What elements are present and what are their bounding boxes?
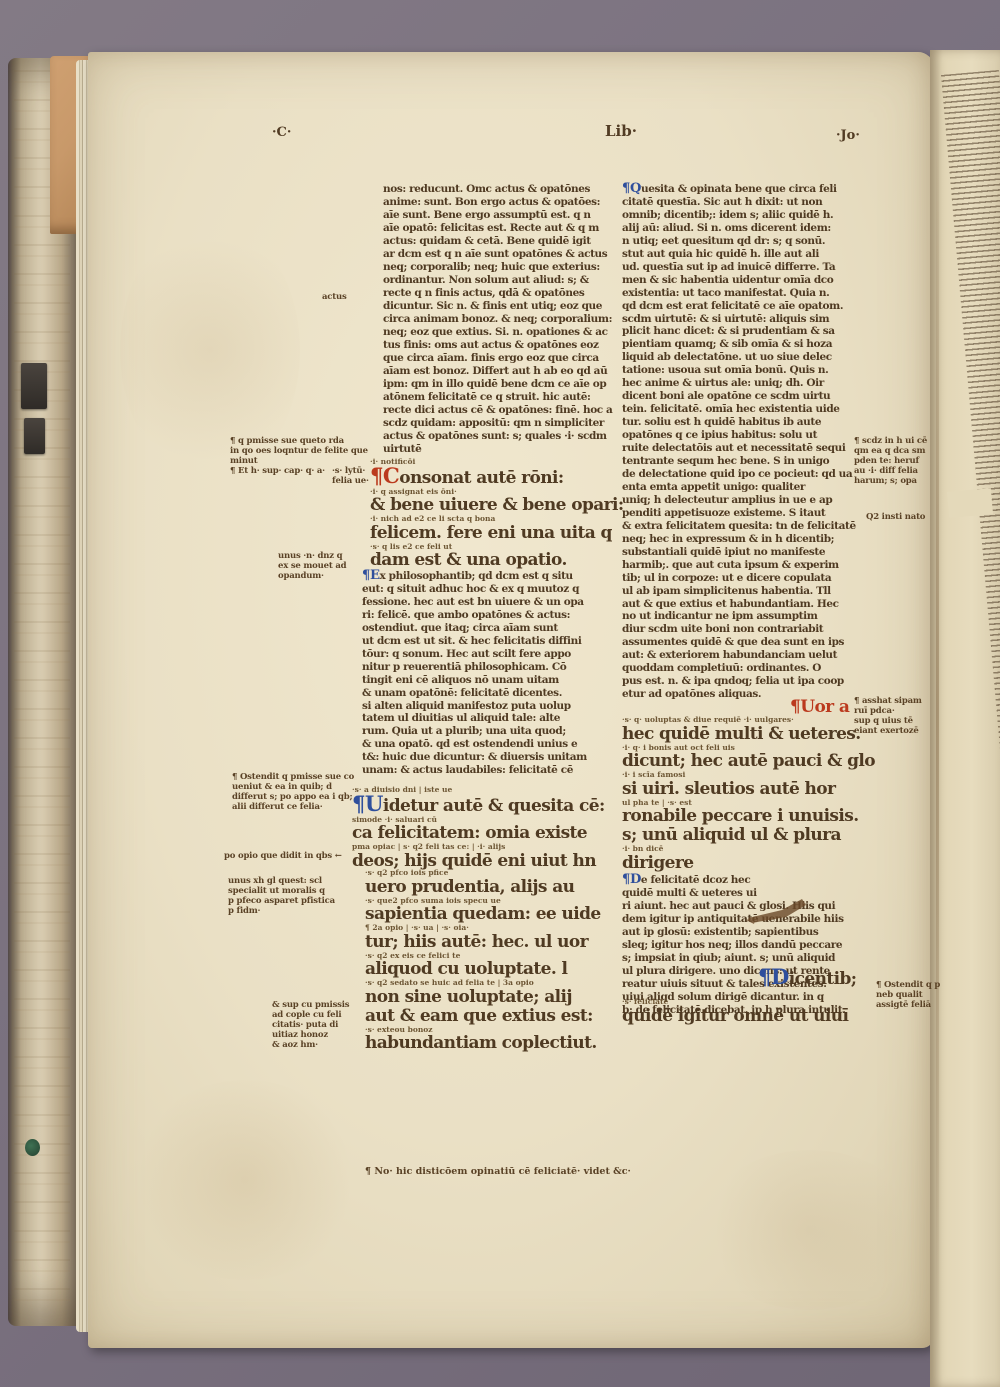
text-line: liquid ab delectatōne. ut uo siue delec — [622, 351, 884, 364]
text-line: pientiam quamq; & sib omīa & si hoza — [622, 338, 884, 351]
text-line: tingit eni cē aliquos nō unam uitam — [362, 674, 617, 687]
text-line: non sine uoluptate; alij — [365, 988, 627, 1007]
text-line: omnib; dicentib;: idem s; aliic quidē h. — [622, 209, 884, 222]
text-line: ¶Consonat autē rōni: — [370, 467, 625, 488]
text-line: ul ab ipam simplicitenus habentia. Tll — [622, 585, 884, 598]
text-line: sleq; igitur hos neq; illos dandū peccar… — [622, 939, 884, 952]
text-line: scdm uirtutē: & si uirtutē: aliquis sim — [622, 313, 884, 326]
text-line: ut dcm est ut sit. & hec felicitatis dif… — [362, 635, 617, 648]
text-line: tōur: q sonum. Hec aut scilt fere appo — [362, 648, 617, 661]
text-line: ¶Quesita & opinata bene que circa feli — [622, 183, 884, 196]
text-line: aut: & exteriorem habundanciam uelut — [622, 649, 884, 662]
text-line: rum. Quia ut a plurib; una uita quod; — [362, 725, 617, 738]
verdigris-spot — [25, 1139, 40, 1156]
text-line: substantiali quidē ipiut no manifeste — [622, 546, 884, 559]
margin-note-left-3: ¶ Ostendit q pmisse sue co ueniut & ea i… — [232, 772, 392, 812]
text-line: s; unū aliquid ul & plura — [622, 826, 884, 845]
column-b-dicentibus-label: ¶Dicentib; — [758, 968, 888, 989]
text-line: neq; hec in expressum & in h dicentib; — [622, 533, 884, 546]
margin-note-wrap: ·s· lytū· felia ue· — [332, 466, 387, 486]
text-line: ¶Dicentib; — [758, 968, 888, 989]
metal-clasp — [21, 363, 47, 409]
footer-note: ¶ No· hic disticōem opinatiū cē feliciat… — [365, 1166, 665, 1177]
text-line: fessione. hec aut est bn uiuere & un opa — [362, 596, 617, 609]
margin-note-left-6: & sup cu pmissis ad cople cu feli citati… — [272, 1000, 382, 1050]
text-line: hec quidē multi & ueteres. — [622, 725, 884, 744]
running-title: Lib· — [605, 122, 637, 140]
quill-doodle-icon — [746, 896, 808, 932]
text-line: pus est. n. & ipa qndoq; felia ut ipa co… — [622, 675, 884, 688]
text-line: dirigere — [622, 854, 884, 873]
text-line: aliquod cu uoluptate. l — [365, 960, 627, 979]
text-line: & una opatō. qd est ostendendi unius e — [362, 738, 617, 751]
text-line: ca felicitatem: omia existe — [352, 824, 627, 843]
text-line: citatē questīa. Sic aut h dixit: ut non — [622, 196, 884, 209]
text-line: s; impsiat in qiub; aiunt. s; unū aliqui… — [622, 952, 884, 965]
text-line: diur scdm uite boni non contrariabit — [622, 623, 884, 636]
text-line: stut aut quia hic quidē h. ille aut ali — [622, 248, 884, 261]
text-line: alij aū: aliud. Si n. oms dicerent idem: — [622, 222, 884, 235]
text-line: & extra felicitatem quesita: tn de felic… — [622, 520, 884, 533]
text-line: uero prudentia, alijs au — [365, 878, 627, 897]
text-line: ud. questīa sut ip ad inuicē differre. T… — [622, 261, 884, 274]
text-line: tur. soliu est h quidē habitus ib aute — [622, 416, 884, 429]
text-line: tatem ul diuitias ul aliquid tale: alte — [362, 712, 617, 725]
text-line: qd dcm est erat felicitatē ce aīe opatom… — [622, 300, 884, 313]
text-line: felicem. fere eni una uita q — [370, 524, 625, 543]
text-line: si alten aliquid manifestoz puta uolup — [362, 700, 617, 713]
text-line: sapientia quedam: ee uide — [365, 905, 627, 924]
text-line: quidē igitur omnē ut uiuī — [622, 1007, 884, 1026]
column-a-text-block-1: nos: reducunt. Omc actus & opatōnes anim… — [383, 183, 625, 456]
text-line: de delectatione quid ipo ce pocieut: qd … — [622, 468, 884, 481]
margin-note-left-2: unus ·n· dnz q ex se mouet ad opandum· — [278, 551, 388, 581]
text-line: dam est & una opatio. — [370, 551, 625, 570]
column-b-text-block-1: ¶Quesita & opinata bene que circa felici… — [622, 183, 884, 701]
text-line: tein. felicitatē. omīa hec existentia ui… — [622, 403, 884, 416]
text-line: men & sic habentia uidentur omīa dco — [622, 274, 884, 287]
colored-initial: ¶D — [758, 965, 789, 990]
text-line: eut: q situit adhuc hoc & ex q muutoz q — [362, 583, 617, 596]
margin-note-right-3: ¶ asshat sipam ruī pdca· sup q uius tē e… — [854, 696, 944, 736]
metal-clasp — [24, 418, 45, 454]
text-line: aut & que extius et habundantiam. Hec — [622, 598, 884, 611]
text-line: habundantiam coplectiut. — [365, 1034, 627, 1053]
column-a-text-block-2: ¶Ex philosophantib; qd dcm est q situeut… — [362, 570, 617, 777]
text-line: penditi appetisuoze existeme. S itaut — [622, 507, 884, 520]
text-line: & unam opatōnē: felicitatē dicentes. — [362, 687, 617, 700]
colored-initial: ¶D — [622, 872, 641, 887]
spine-texture — [14, 70, 70, 1310]
margin-note-actus: actus — [322, 292, 372, 302]
text-line: ¶De felicitatē dcoz hec — [622, 874, 884, 887]
text-line: t&: huic due dicuntur: & diuersis unitam — [362, 751, 617, 764]
text-line: assumentes quidē & que dea sunt en ips — [622, 636, 884, 649]
text-line: aut & eam que extius est: — [365, 1007, 627, 1026]
margin-note-right-2: Q2 insti nato — [866, 512, 951, 522]
text-line: ¶Ex philosophantib; qd dcm est q situ — [362, 570, 617, 583]
text-line: si uiri. sleutios autē hor — [622, 780, 884, 799]
text-line: existentia: ut taco manifestat. Quia n. — [622, 287, 884, 300]
text-line: ·i· notificōi — [370, 458, 625, 467]
text-line: ostendiut. que itaq; circa aīam sunt — [362, 622, 617, 635]
margin-note-right-4: ¶ Ostendit q p neb qualit assigtē feliā — [876, 980, 966, 1010]
margin-note-right-1: ¶ scdz in h ui cē qm ea q dca sm pden te… — [854, 436, 949, 486]
text-line: opatōnes q ce ipius habitus: solu ut — [622, 429, 884, 442]
margin-note-left-5: unus xh gl quest: scl specialit ut moral… — [228, 876, 378, 916]
colored-initial: ¶Q — [622, 181, 641, 196]
text-line: nitur p reuerentiā philosophicam. Cō — [362, 661, 617, 674]
text-line: & bene uiuere & bene opari: — [370, 496, 625, 515]
column-b-hec-lemma: ·s· q· uoluptas & diue requiē ·i· uulgar… — [622, 716, 884, 873]
column-a-consonat-lemma: ·i· notificōi¶Consonat autē rōni:·i· q a… — [370, 458, 625, 570]
text-line: harmib;. que aut cuta ipsum & experim — [622, 559, 884, 572]
quire-mark: ·C· — [272, 125, 291, 140]
text-line: ·s· a diuisio dni | iste ue — [352, 786, 627, 795]
text-line: tentrante sequm hec bene. S in unigo — [622, 455, 884, 468]
facing-folio-gap — [947, 488, 993, 518]
text-line: tib; ul in corpoze: ut e dicere copulata — [622, 572, 884, 585]
text-line: dicunt; hec autē pauci & glo — [622, 752, 884, 771]
text-line: tatione: usoua sut omīa bonū. Quis n. — [622, 364, 884, 377]
text-line: dicent boni ale opatōne ce scdm uirtu — [622, 390, 884, 403]
text-line: tur; hiis autē: hec. ul uor — [365, 933, 627, 952]
text-line: ruite delectatōis aut et necessitatē seq… — [622, 442, 884, 455]
text-line: ¶Uidetur autē & quesita cē: — [352, 795, 627, 816]
text-line: ronabile peccare i unuisis. — [622, 807, 884, 826]
text-line: enta emta appetit unigo: qualiter — [622, 481, 884, 494]
text-line: ri: felicē. que ambo opatōnes & actus: — [362, 609, 617, 622]
text-line: no ut indicantur ne ipm assumptim — [622, 610, 884, 623]
column-a-videtur-lemma: ·s· a diuisio dni | iste ue¶Uidetur autē… — [352, 786, 627, 871]
text-line: n utiq; eet quesitum qd dr: s; q sonū. — [622, 235, 884, 248]
text-line: unam: & actus laudabiles: felicitatē cē — [362, 764, 617, 777]
text-line: quoddam completiuū: ordinantes. O — [622, 662, 884, 675]
column-b-final-line: ·s· feliciatēquidē igitur omnē ut uiuī — [622, 998, 884, 1026]
folio-number: ·Jo· — [836, 128, 860, 143]
text-line: uniq; h delecteutur amplius in ue e ap — [622, 494, 884, 507]
text-line: plicit hanc dicet: & si prudentiam & sa — [622, 325, 884, 338]
text-line: hec anime & uirtus ale: uniq; dh. Oir — [622, 377, 884, 390]
margin-note-left-4: po opio que didit in qbs ← — [224, 851, 389, 861]
column-a-prudentia-lemma: ·s· q2 pfco iois pficeuero prudentia, al… — [365, 869, 627, 1053]
